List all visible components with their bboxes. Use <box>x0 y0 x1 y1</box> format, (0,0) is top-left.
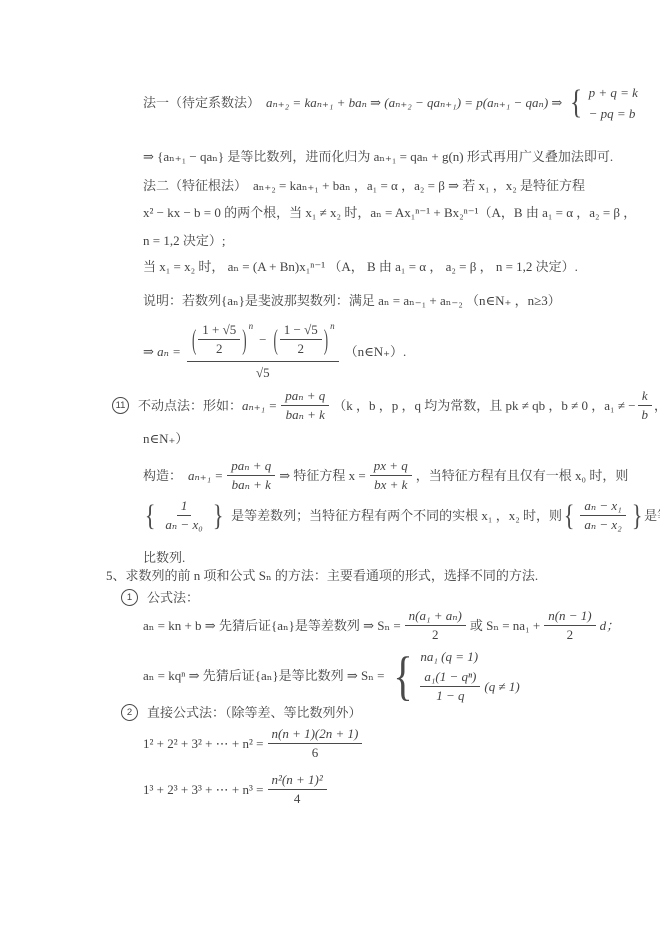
fixed-point-label: 不动点法：形如： <box>138 397 242 415</box>
fixed-point-lead: aₙ₊₁ = <box>242 397 277 415</box>
brace-close-icon: } <box>213 501 224 531</box>
brace-open-icon: { <box>570 88 582 119</box>
kb-fraction: k b <box>638 388 653 424</box>
fixed-point-domain: n∈N₊） <box>143 430 188 448</box>
sum-cubes-lead: 1³ + 2³ + 3³ + ⋯ + n³ = <box>143 781 264 799</box>
method2-label: 法二（特征根法） <box>143 177 247 195</box>
ratio-denominator: aₙ − x₂ <box>580 516 625 533</box>
minus-operator: − <box>259 331 266 349</box>
arithmetic-lead: aₙ = kn + b ⇒ 先猜后证{aₙ}是等差数列 ⇒ Sₙ = <box>143 617 401 635</box>
fixed-point-line1: 11 不动点法：形如： aₙ₊₁ = paₙ + q baₙ + k （k ，b… <box>112 388 660 424</box>
section5-title: 5、求数列的前 n 项和公式 Sₙ 的方法：主要看通项的形式，选择不同的方法. <box>106 567 538 585</box>
system-eq-2: − pq = b <box>589 105 636 123</box>
direct-method-label: 直接公式法：（除等差、等比数列外） <box>147 704 362 722</box>
method2-equation: aₙ₊₂ = kaₙ₊₁ + baₙ ，a₁ = α ，a₂ = β ⇒ 若 x… <box>253 177 585 195</box>
ssq-numerator: n(n + 1)(2n + 1) <box>268 726 363 744</box>
c-f2-numerator: px + q <box>370 458 412 476</box>
binet-formula-line: ⇒ aₙ = ( 1 + √5 2 ) n − ( 1 − √5 2 ) n √… <box>143 322 406 381</box>
arithmetic-mid: 或 Sₙ = na₁ + <box>470 617 540 635</box>
ratio-fraction: aₙ − x₁ aₙ − x₂ <box>580 498 625 534</box>
construct-fraction2: px + q bx + k <box>370 458 412 494</box>
sum-cubes-fraction: n²(n + 1)² 4 <box>268 772 327 808</box>
geo-case1: na₁ (q = 1) <box>420 648 478 666</box>
formula-method-header: 1 公式法： <box>121 589 199 607</box>
brace-close-icon: } <box>632 501 643 531</box>
c-f2-denominator: bx + k <box>370 476 411 493</box>
reciprocal-fraction: 1 aₙ − x₀ <box>161 498 206 534</box>
construct-mid: ⇒ 特征方程 x = <box>279 467 365 485</box>
c-f1-numerator: paₙ + q <box>227 458 275 476</box>
geo-case2-condition: (q ≠ 1) <box>484 678 519 696</box>
psi-denominator: 2 <box>294 340 309 357</box>
phi-numerator: 1 + √5 <box>198 322 240 340</box>
arith-sum-fraction1: n(a₁ + aₙ) 2 <box>405 608 466 644</box>
geometric-sum-line: aₙ = kqⁿ ⇒ 先猜后证{aₙ}是等比数列 ⇒ Sₙ = { na₁ (q… <box>143 648 520 704</box>
ssq-denominator: 6 <box>308 744 323 761</box>
fp-frac-denominator: baₙ + k <box>282 406 329 423</box>
method1-label: 法一（待定系数法） <box>143 94 260 112</box>
method2-roots-text: x² − kx − b = 0 的两个根，当 x₁ ≠ x₂ 时，aₙ = Ax… <box>143 204 636 222</box>
fixed-point-line2: n∈N₊） <box>143 430 188 448</box>
document-page: 法一（待定系数法） aₙ₊₂ = kaₙ₊₁ + baₙ ⇒ (aₙ₊₂ − q… <box>0 0 660 934</box>
circled-2-marker: 2 <box>121 704 138 721</box>
circled-1-marker: 1 <box>121 589 138 606</box>
method1-conclusion-line: ⇒ {aₙ₊₁ − qaₙ} 是等比数列，进而化归为 aₙ₊₁ = qaₙ + … <box>143 148 613 166</box>
construct-label: 构造： <box>143 467 182 485</box>
as1-denominator: 2 <box>428 626 443 643</box>
formula-method-label: 公式法： <box>147 589 199 607</box>
as1-numerator: n(a₁ + aₙ) <box>405 608 466 626</box>
fp-frac-numerator: paₙ + q <box>281 388 329 406</box>
fibonacci-note: 说明：若数列{aₙ}是斐波那契数列：满足 aₙ = aₙ₋₁ + aₙ₋₂ （n… <box>143 292 561 310</box>
sum-squares-lead: 1² + 2² + 3² + ⋯ + n² = <box>143 735 264 753</box>
binet-fraction: ( 1 + √5 2 ) n − ( 1 − √5 2 ) n √5 <box>187 322 339 381</box>
construct-line3: 比数列. <box>143 549 185 567</box>
direct-method-header: 2 直接公式法：（除等差、等比数列外） <box>121 704 362 722</box>
method2-decide-text: n = 1,2 决定）; <box>143 232 225 250</box>
construct-lead: aₙ₊₁ = <box>188 467 223 485</box>
method1-system: { p + q = k − pq = b <box>568 84 638 122</box>
paren-open-icon: ( <box>272 320 278 359</box>
method2-line3: n = 1,2 决定）; <box>143 232 225 250</box>
method2-line2: x² − kx − b = 0 的两个根，当 x₁ ≠ x₂ 时，aₙ = Ax… <box>143 204 636 222</box>
geometric-lead: aₙ = kqⁿ ⇒ 先猜后证{aₙ}是等比数列 ⇒ Sₙ = <box>143 667 384 685</box>
paren-close-icon: ) <box>241 320 247 359</box>
paren-open-icon: ( <box>191 320 197 359</box>
as2-denominator: 2 <box>563 626 578 643</box>
fixed-point-fraction: paₙ + q baₙ + k <box>281 388 329 424</box>
kb-denominator: b <box>638 406 653 423</box>
construct-mid2: 是等差数列；当特征方程有两个不同的实根 x₁ ，x₂ 时，则 <box>231 507 562 525</box>
fibonacci-note-line: 说明：若数列{aₙ}是斐波那契数列：满足 aₙ = aₙ₋₁ + aₙ₋₂ （n… <box>143 292 561 310</box>
construct-fraction1: paₙ + q baₙ + k <box>227 458 275 494</box>
construct-line2: { 1 aₙ − x₀ } 是等差数列；当特征方程有两个不同的实根 x₁ ，x₂… <box>143 498 660 534</box>
geometric-cases: { na₁ (q = 1) a₁(1 − qⁿ) 1 − q (q ≠ 1) <box>390 648 519 704</box>
geo-fraction: a₁(1 − qⁿ) 1 − q <box>420 669 480 705</box>
method1-equation: aₙ₊₂ = kaₙ₊₁ + baₙ ⇒ (aₙ₊₂ − qaₙ₊₁) = p(… <box>266 94 562 112</box>
arithmetic-tail: d； <box>600 617 620 635</box>
geo-frac-numerator: a₁(1 − qⁿ) <box>420 669 480 687</box>
method2-equal-roots-text: 当 x₁ = x₂ 时， aₙ = (A + Bn)x₁ⁿ⁻¹ （A， B 由 … <box>143 258 578 276</box>
construct-tail: ，当特征方程有且仅有一根 x₀ 时，则 <box>416 467 629 485</box>
rec-denominator: aₙ − x₀ <box>161 516 206 533</box>
as2-numerator: n(n − 1) <box>544 608 595 626</box>
binet-numerator: ( 1 + √5 2 ) n − ( 1 − √5 2 ) n <box>187 322 339 362</box>
construct-line1: 构造： aₙ₊₁ = paₙ + q baₙ + k ⇒ 特征方程 x = px… <box>143 458 628 494</box>
phi-denominator: 2 <box>212 340 227 357</box>
method1-line: 法一（待定系数法） aₙ₊₂ = kaₙ₊₁ + baₙ ⇒ (aₙ₊₂ − q… <box>143 84 638 122</box>
sum-squares-fraction: n(n + 1)(2n + 1) 6 <box>268 726 363 762</box>
rec-numerator: 1 <box>177 498 192 516</box>
geo-case2: a₁(1 − qⁿ) 1 − q (q ≠ 1) <box>420 669 519 705</box>
trailing-comma: ， <box>654 397 660 415</box>
psi-numerator: 1 − √5 <box>280 322 322 340</box>
brace-open-icon: { <box>564 501 575 531</box>
binet-domain: （n∈N₊）. <box>345 343 407 361</box>
sum-squares-line: 1² + 2² + 3² + ⋯ + n² = n(n + 1)(2n + 1)… <box>143 726 366 762</box>
fixed-point-conditions: （k ，b ，p ，q 均为常数，且 pk ≠ qb ，b ≠ 0 ，a₁ ≠ … <box>333 397 635 415</box>
system-eq-1: p + q = k <box>589 84 638 102</box>
brace-open-icon: { <box>394 652 413 701</box>
construct-wrap-text: 比数列. <box>143 549 185 567</box>
section5-title-line: 5、求数列的前 n 项和公式 Sₙ 的方法：主要看通项的形式，选择不同的方法. <box>106 567 538 585</box>
exponent-n: n <box>249 320 254 332</box>
exponent-n: n <box>330 320 335 332</box>
method1-conclusion: ⇒ {aₙ₊₁ − qaₙ} 是等比数列，进而化归为 aₙ₊₁ = qaₙ + … <box>143 148 613 166</box>
sum-cubes-line: 1³ + 2³ + 3³ + ⋯ + n³ = n²(n + 1)² 4 <box>143 772 331 808</box>
arithmetic-sum-line: aₙ = kn + b ⇒ 先猜后证{aₙ}是等差数列 ⇒ Sₙ = n(a₁ … <box>143 608 619 644</box>
geo-frac-denominator: 1 − q <box>432 687 468 704</box>
arith-sum-fraction2: n(n − 1) 2 <box>544 608 595 644</box>
binet-denominator: √5 <box>256 362 270 382</box>
kb-numerator: k <box>638 388 652 406</box>
method2-line4: 当 x₁ = x₂ 时， aₙ = (A + Bn)x₁ⁿ⁻¹ （A， B 由 … <box>143 258 578 276</box>
circled-11-marker: 11 <box>112 397 129 414</box>
phi-fraction: 1 + √5 2 <box>198 322 240 358</box>
psi-fraction: 1 − √5 2 <box>280 322 322 358</box>
brace-open-icon: { <box>145 501 156 531</box>
construct-tail2: 是等 <box>644 507 660 525</box>
paren-close-icon: ) <box>323 320 329 359</box>
c-f1-denominator: baₙ + k <box>228 476 275 493</box>
method2-line1: 法二（特征根法） aₙ₊₂ = kaₙ₊₁ + baₙ ，a₁ = α ，a₂ … <box>143 177 585 195</box>
ratio-numerator: aₙ − x₁ <box>580 498 625 516</box>
scu-numerator: n²(n + 1)² <box>268 772 327 790</box>
binet-lead: ⇒ aₙ = <box>143 343 181 361</box>
scu-denominator: 4 <box>290 790 305 807</box>
